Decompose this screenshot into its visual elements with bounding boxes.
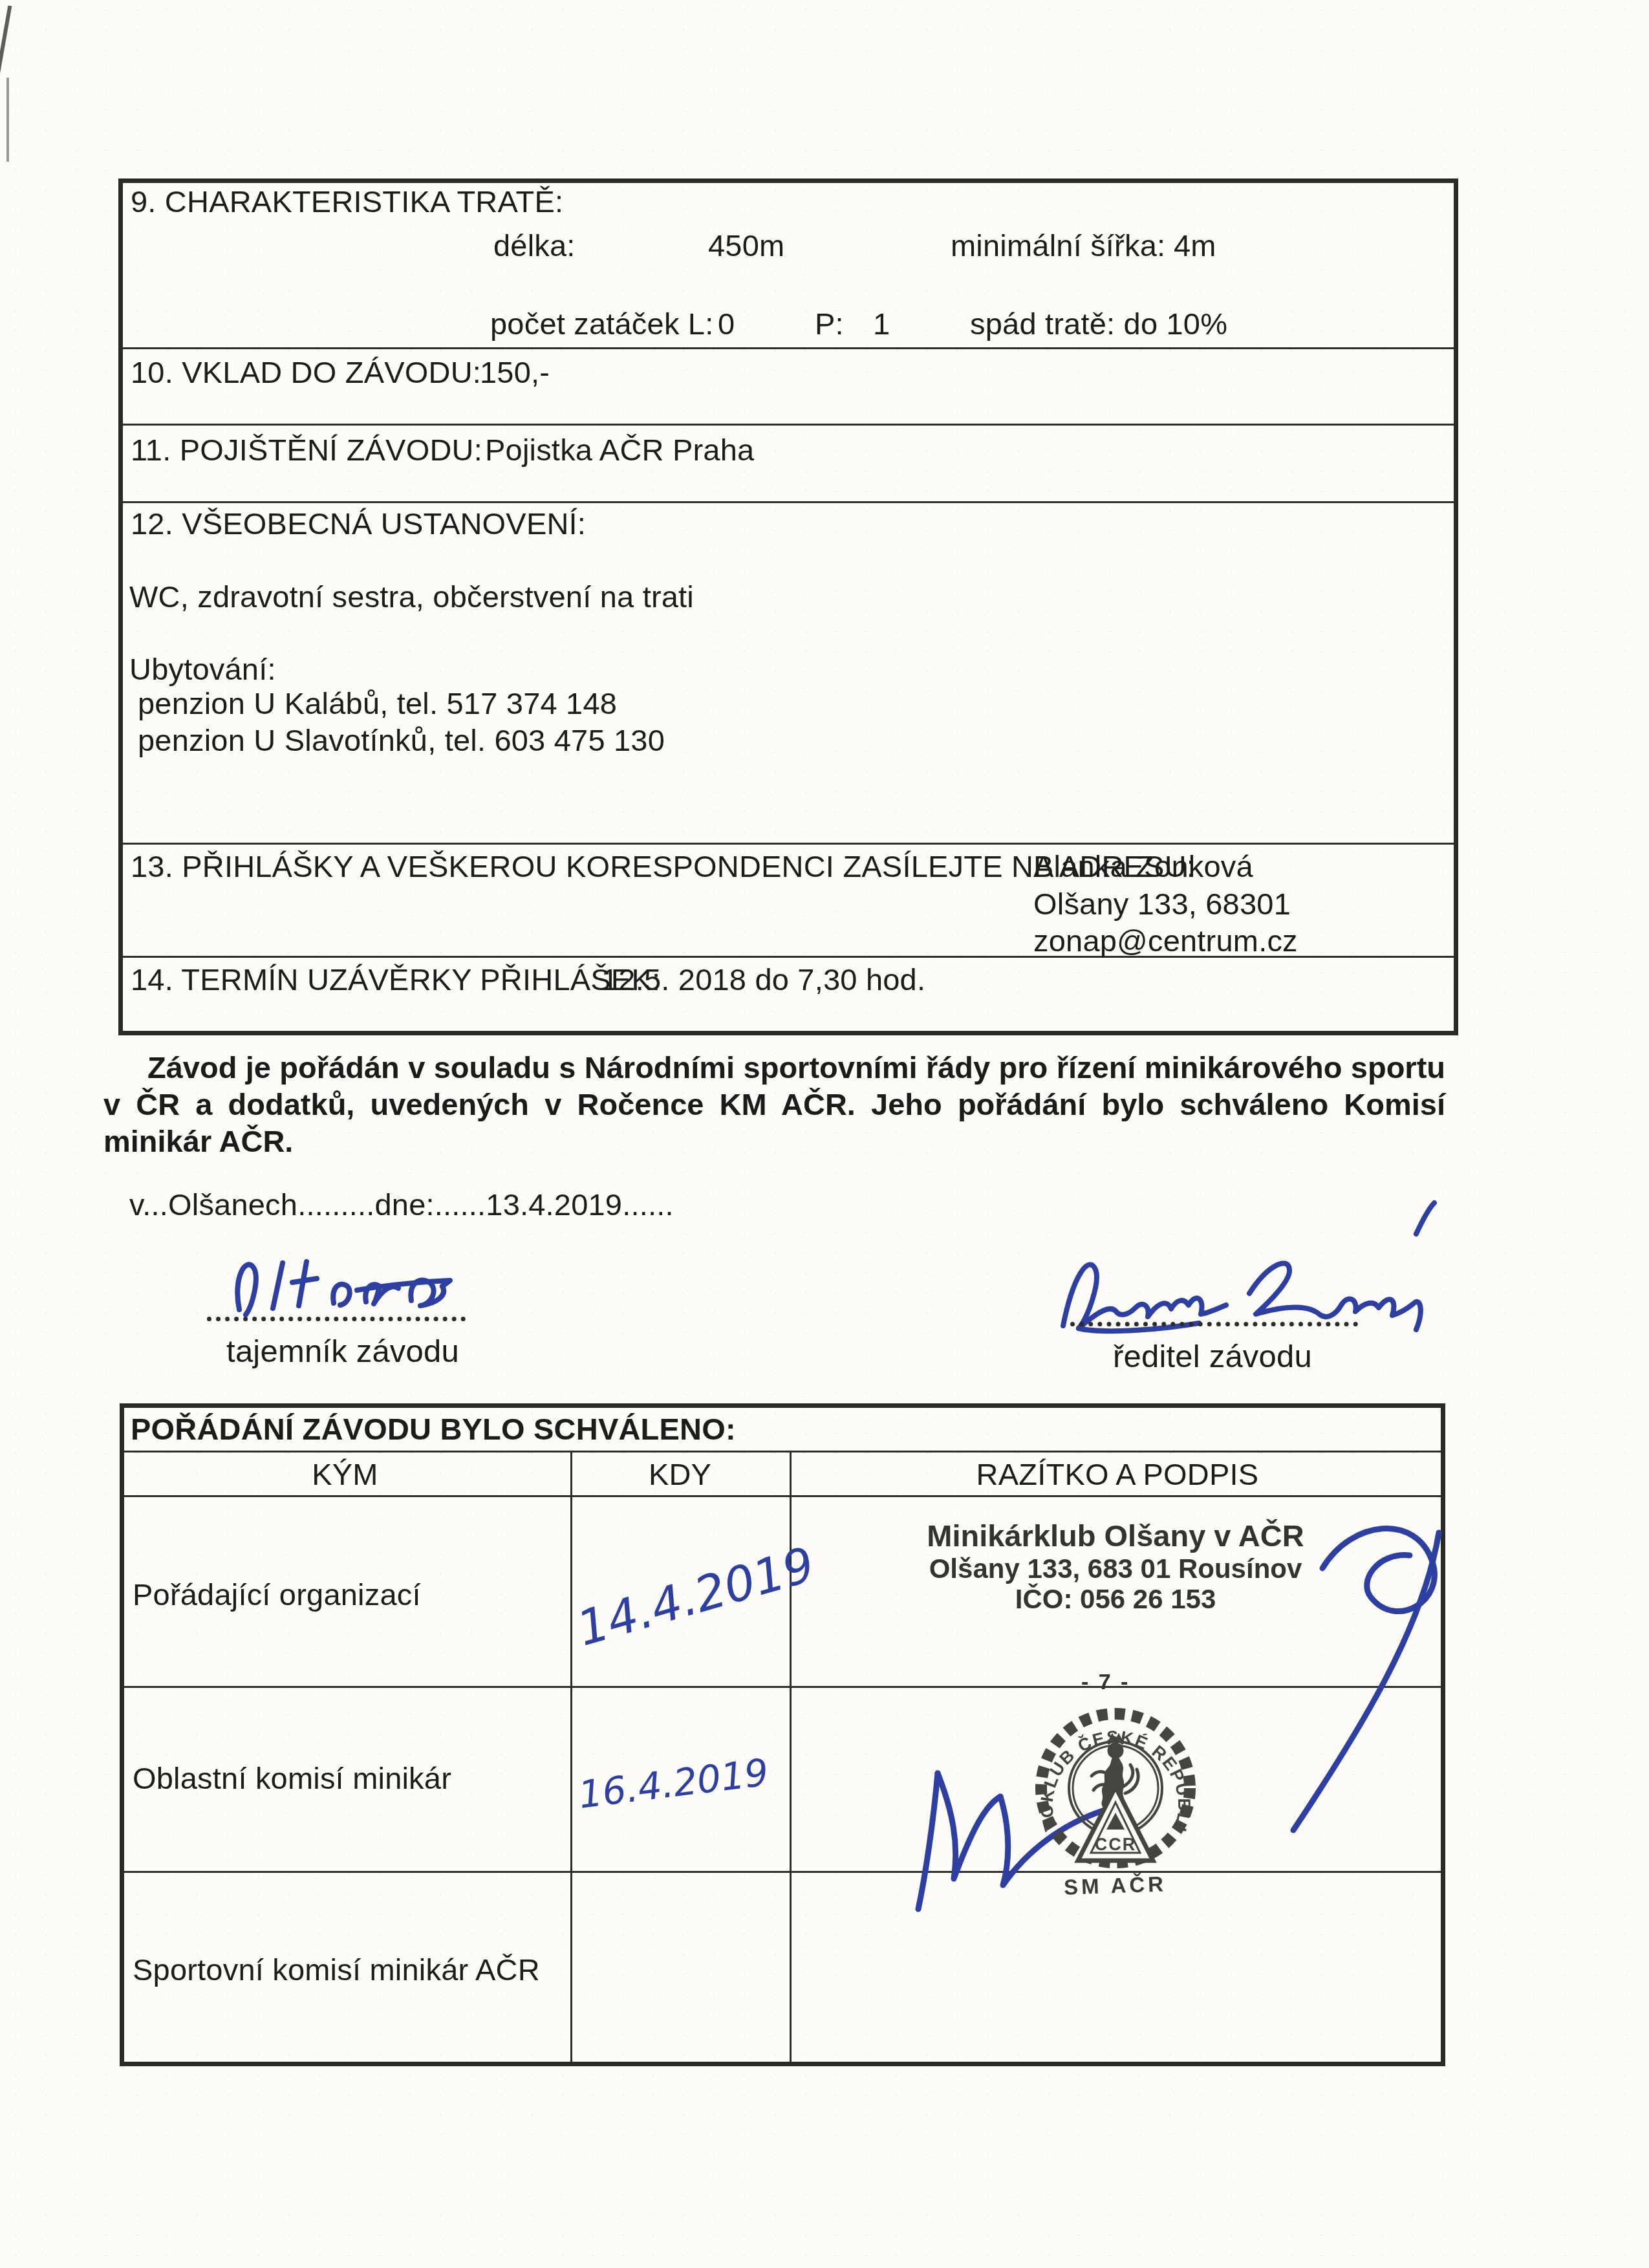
turns-right-label: P: [815, 306, 844, 341]
turns-left-label: počet zatáček L: [490, 306, 713, 341]
place-date-line: v...Olšanech.........dne:......13.4.2019… [129, 1187, 674, 1222]
stamp-emblem-text: CCR [1095, 1835, 1137, 1854]
scan-artifact [6, 78, 9, 162]
signature-stroke [918, 1773, 938, 1909]
min-width-label: minimální šířka: [951, 228, 1165, 263]
signature-line [1070, 1322, 1358, 1326]
sanction-statement: Závod je pořádán v souladu s Národními s… [103, 1049, 1445, 1160]
section9-label: 9. CHARAKTERISTIKA TRATĚ: [131, 184, 563, 219]
track-length-label: délka: [493, 228, 576, 263]
accommodation-line: penzion U Kalábů, tel. 517 374 148 [138, 686, 617, 721]
table-divider [124, 1495, 1441, 1497]
autoklub-round-stamp: AUTOKLUB ČESKÉ REPUBLIKY CCR SM AČR [1018, 1691, 1212, 1905]
signature-stroke [1322, 1529, 1434, 1612]
accommodation-label: Ubytování: [129, 651, 276, 687]
signature-stroke [333, 1284, 350, 1305]
scanned-document-page: 9. CHARAKTERISTIKA TRATĚ: délka: 450m mi… [0, 0, 1649, 2268]
table-divider [124, 1451, 1441, 1453]
signature-stroke [237, 1264, 255, 1315]
turns-right-value: 1 [873, 306, 890, 341]
contact-name: Blanka Zonková [1033, 848, 1253, 884]
director-signature-label: ředitel závodu [1073, 1339, 1352, 1375]
general-provisions-line: WC, zdravotní sestra, občerstvení na tra… [129, 579, 694, 614]
min-width-value: 4m [1174, 228, 1216, 263]
insurance-value: Pojistka AČR Praha [485, 432, 754, 468]
section11-label: 11. POJIŠTĚNÍ ZÁVODU: [131, 432, 482, 468]
organizer-signature [1255, 1507, 1468, 1843]
section12-label: 12. VŠEOBECNÁ USTANOVENÍ: [131, 506, 586, 541]
approval-row-label: Sportovní komisí minikár AČR [133, 1952, 540, 1987]
column-header-razitko: RAZÍTKO A PODPIS [790, 1456, 1445, 1492]
contact-address: Olšany 133, 68301 [1033, 886, 1291, 922]
secretary-signature-label: tajemník závodu [213, 1334, 472, 1370]
table-divider [123, 501, 1454, 503]
contact-email: zonap@centrum.cz [1033, 923, 1298, 958]
accommodation-line: penzion U Slavotínků, tel. 603 475 130 [138, 722, 665, 758]
signature-stroke [1416, 1203, 1434, 1234]
signature-stroke [273, 1263, 283, 1308]
stamp-caption: SM AČR [1063, 1871, 1167, 1899]
turns-left-value: 0 [718, 306, 735, 341]
table-divider [123, 347, 1454, 349]
section10-label: 10. VKLAD DO ZÁVODU: [131, 354, 481, 390]
approval-row-label: Pořádající organizací [133, 1577, 421, 1612]
scan-artifact [0, 5, 12, 82]
table-divider [124, 1871, 1441, 1873]
approval-table-title: POŘÁDÁNÍ ZÁVODU BYLO SCHVÁLENO: [131, 1411, 736, 1447]
column-header-kym: KÝM [120, 1456, 570, 1492]
column-header-kdy: KDY [570, 1456, 790, 1492]
signature-stroke [1063, 1264, 1226, 1328]
signature-stroke [1249, 1263, 1421, 1330]
signature-stroke [292, 1279, 317, 1282]
deadline-value: 12.5. 2018 do 7,30 hod. [601, 962, 925, 997]
signature-line [207, 1317, 466, 1321]
signature-stroke [938, 1773, 1000, 1879]
table-divider [123, 424, 1454, 426]
track-length-value: 450m [708, 228, 784, 263]
track-slope-label: spád tratě: do 10% [970, 306, 1227, 341]
column-divider [570, 1451, 572, 2062]
secretary-signature [220, 1238, 479, 1329]
approval-row-label: Oblastní komisí minikár [133, 1760, 451, 1796]
entry-fee-value: 150,- [480, 354, 550, 390]
section14-label: 14. TERMÍN UZÁVĚRKY PŘIHLÁŠEK: [131, 962, 660, 997]
table-divider [124, 1686, 1441, 1688]
table-divider [123, 843, 1454, 845]
